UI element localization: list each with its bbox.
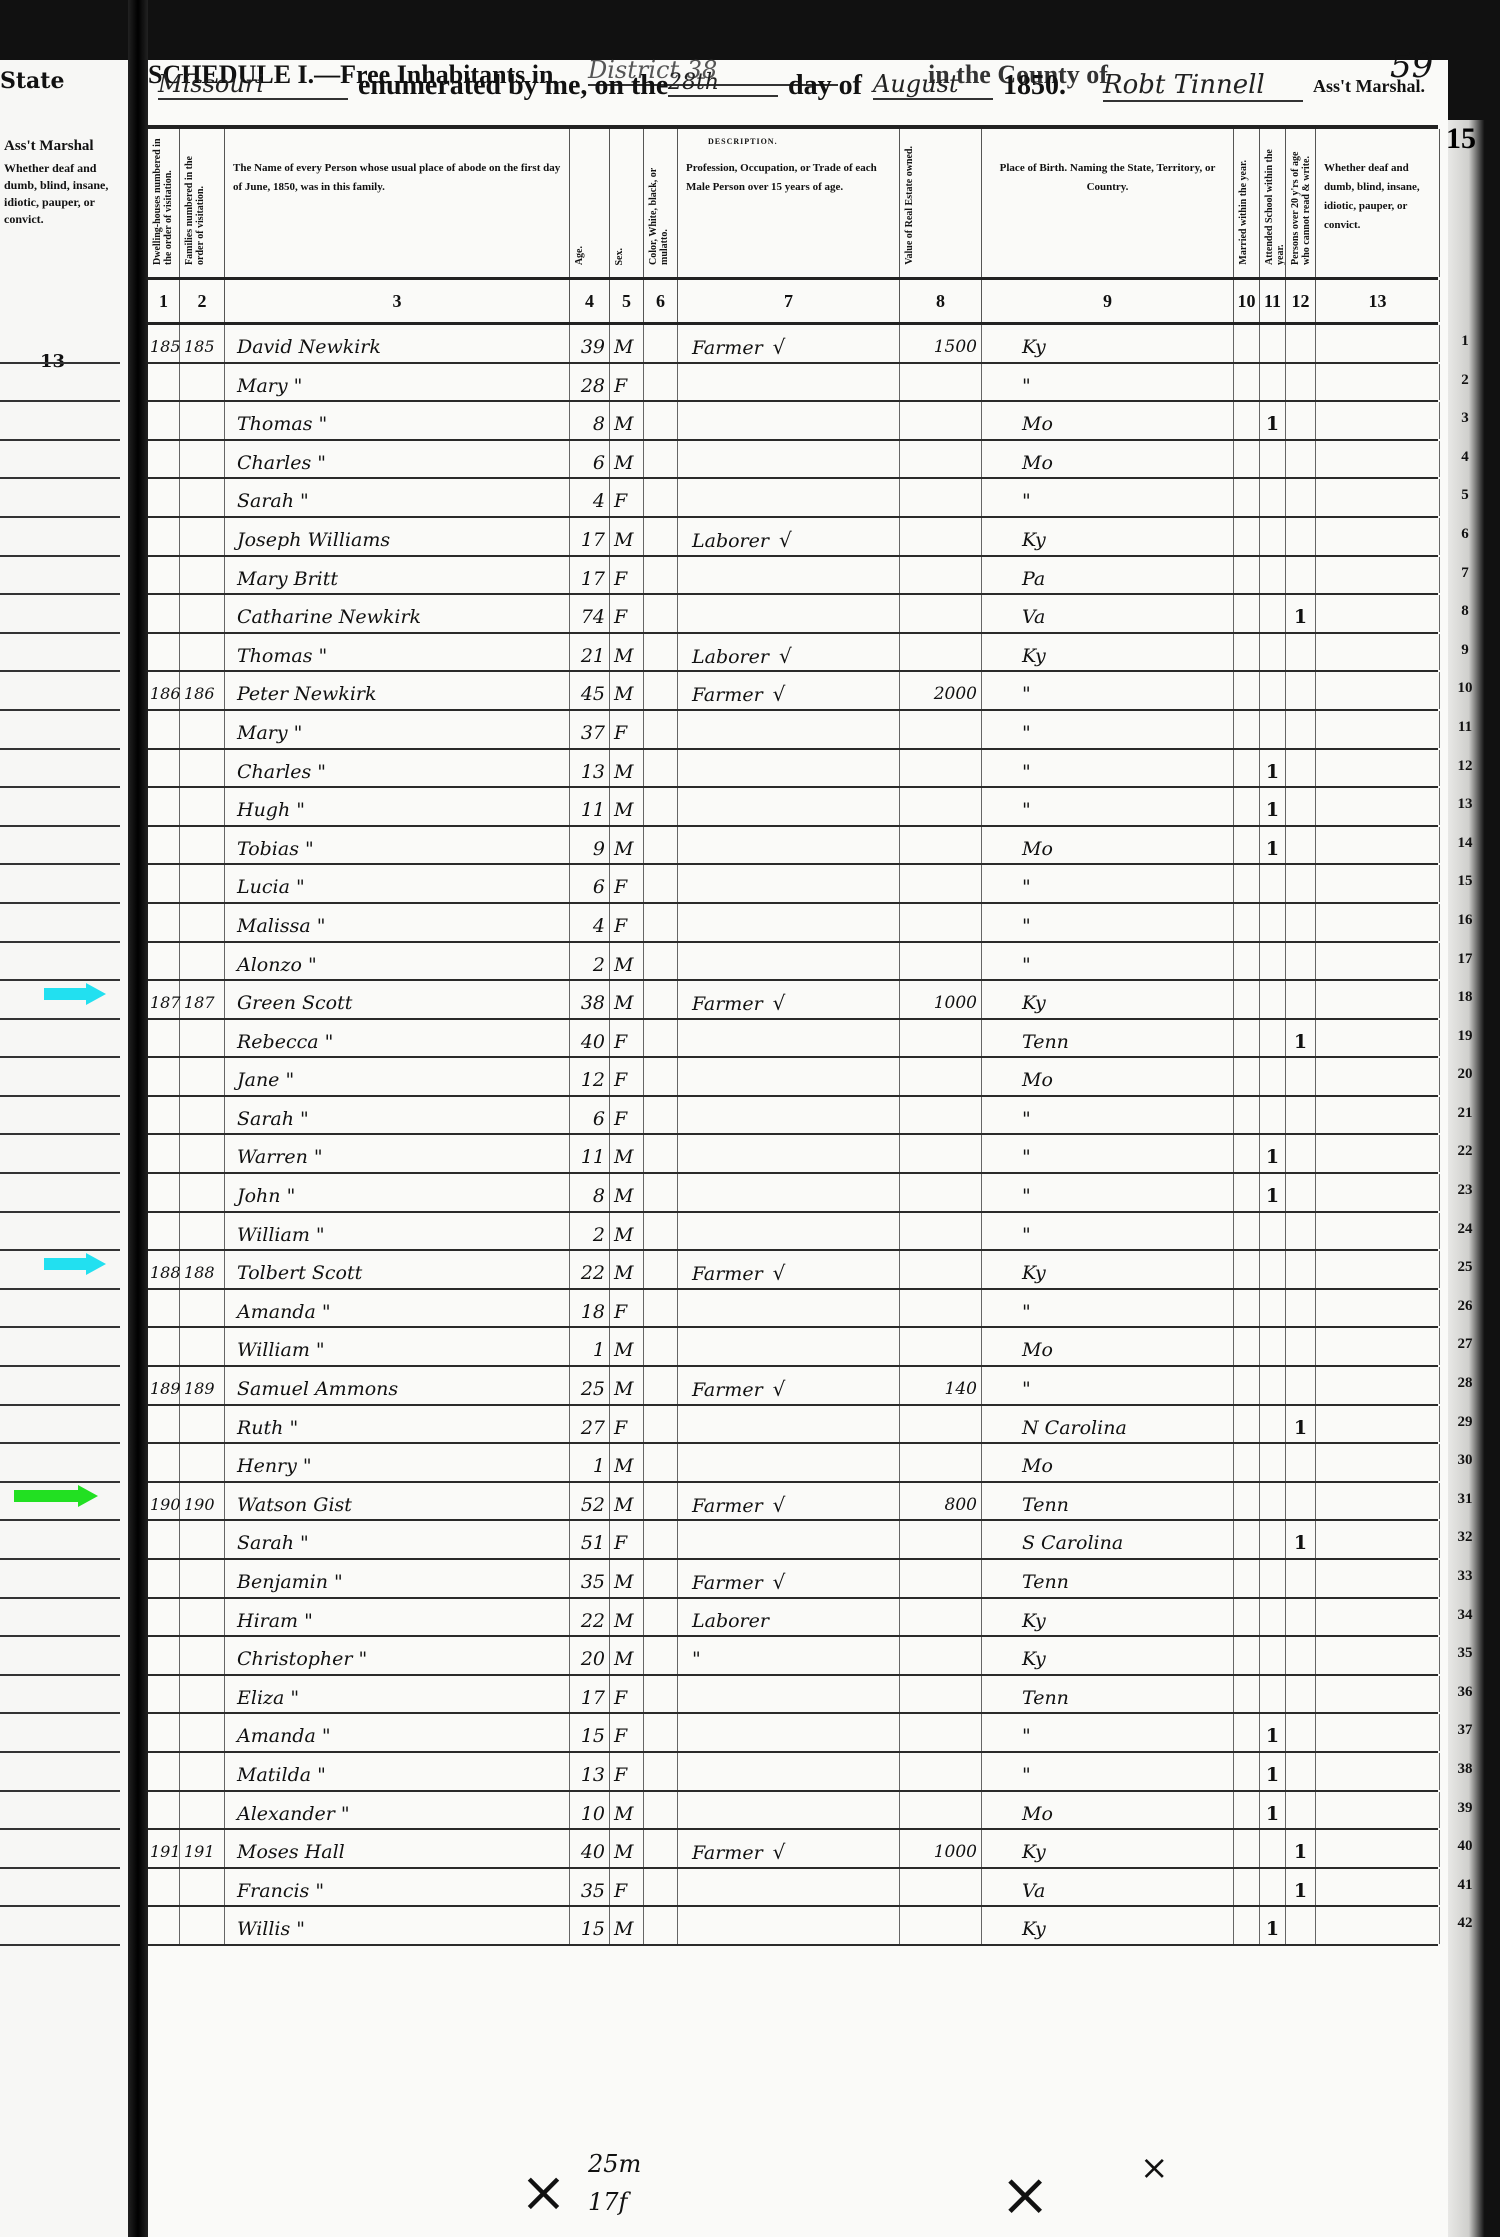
cell-dwelling (148, 1676, 180, 1713)
left-page-ruled-line (0, 1753, 120, 1792)
cell-col (644, 479, 678, 516)
cell-birthplace: " (982, 479, 1234, 516)
cell-cannot_read (1286, 1328, 1316, 1365)
column-header-12: Persons over 20 y'rs of age who cannot r… (1286, 129, 1316, 277)
cell-married (1234, 1135, 1260, 1172)
cell-value (900, 1058, 982, 1095)
table-row: 191191Moses Hall40MFarmer√1000Ky140 (148, 1830, 1438, 1869)
cell-value: 800 (900, 1483, 982, 1520)
table-row: Hiram "22MLaborerKy34 (148, 1599, 1438, 1638)
cell-school: 1 (1260, 402, 1286, 439)
cell-family: 191 (180, 1830, 225, 1867)
left-page-ruled-line (0, 1367, 120, 1406)
cell-name: Jane " (225, 1058, 570, 1095)
cell-occupation: Farmer√ (678, 1560, 900, 1597)
cell-family (180, 788, 225, 825)
cell-col (644, 1444, 678, 1481)
cell-value (900, 557, 982, 594)
left-page-ruled-line (0, 1869, 120, 1908)
cell-c13 (1316, 1058, 1440, 1095)
cell-family (180, 479, 225, 516)
cell-birthplace: N Carolina (982, 1406, 1234, 1443)
cell-name: Charles " (225, 441, 570, 478)
cell-col (644, 1290, 678, 1327)
cell-c13 (1316, 634, 1440, 671)
checkmark-icon: √ (773, 1570, 786, 1594)
cell-school (1260, 1020, 1286, 1057)
left-page-ruled-line (0, 1328, 120, 1367)
cell-birthplace: " (982, 672, 1234, 709)
cell-family (180, 1406, 225, 1443)
left-page-ruled-line (0, 1637, 120, 1676)
cell-dwelling (148, 1560, 180, 1597)
line-number: 21 (1448, 1105, 1482, 1122)
line-number: 38 (1448, 1761, 1482, 1778)
cell-school (1260, 634, 1286, 671)
arrow-head-icon (78, 1485, 98, 1507)
cell-name: Hugh " (225, 788, 570, 825)
cell-cannot_read (1286, 1097, 1316, 1134)
cell-col (644, 1135, 678, 1172)
cell-married (1234, 904, 1260, 941)
table-row: John "8M"123 (148, 1174, 1438, 1213)
cell-birthplace: " (982, 788, 1234, 825)
cell-cannot_read (1286, 1135, 1316, 1172)
table-row: Charles "13M"112 (148, 750, 1438, 789)
cell-c13 (1316, 1714, 1440, 1751)
cell-school: 1 (1260, 1792, 1286, 1829)
cell-value (900, 788, 982, 825)
cell-school (1260, 865, 1286, 902)
month-handwritten: August (873, 70, 993, 100)
cell-age: 18 (570, 1290, 610, 1327)
cell-birthplace: Ky (982, 518, 1234, 555)
cell-married (1234, 325, 1260, 362)
left-page-ruled-line (0, 1830, 120, 1869)
cell-dwelling (148, 1521, 180, 1558)
cell-school (1260, 1676, 1286, 1713)
cell-value (900, 1714, 982, 1751)
cell-married (1234, 1020, 1260, 1057)
cell-sex: M (610, 1483, 644, 1520)
cell-school (1260, 441, 1286, 478)
cell-col (644, 441, 678, 478)
cell-value (900, 865, 982, 902)
cell-school (1260, 595, 1286, 632)
cell-name: Peter Newkirk (225, 672, 570, 709)
line-number: 5 (1448, 487, 1482, 504)
cell-cannot_read (1286, 1174, 1316, 1211)
table-row: 190190Watson Gist52MFarmer√800Tenn31 (148, 1483, 1438, 1522)
line-number: 32 (1448, 1529, 1482, 1546)
cell-married (1234, 1328, 1260, 1365)
column-header-7: Profession, Occupation, or Trade of each… (678, 129, 900, 277)
cell-age: 40 (570, 1830, 610, 1867)
cell-dwelling (148, 634, 180, 671)
cell-occupation (678, 1406, 900, 1443)
cell-age: 6 (570, 441, 610, 478)
cell-married (1234, 672, 1260, 709)
left-page-ruled-line (0, 1020, 120, 1059)
cell-name: Eliza " (225, 1676, 570, 1713)
cell-married (1234, 1560, 1260, 1597)
cell-family (180, 1097, 225, 1134)
column-number-2: 2 (180, 280, 225, 322)
cell-family: 188 (180, 1251, 225, 1288)
cell-c13 (1316, 1251, 1440, 1288)
cell-name: Thomas " (225, 402, 570, 439)
day-of-label: day of (788, 70, 862, 102)
cell-c13 (1316, 518, 1440, 555)
cell-occupation: Farmer√ (678, 325, 900, 362)
column-header-text: Dwelling-houses numbered in the order of… (148, 129, 178, 271)
cell-age: 8 (570, 402, 610, 439)
left-page-ruled-line (0, 943, 120, 982)
cell-sex: M (610, 750, 644, 787)
column-number-4: 4 (570, 280, 610, 322)
column-header-9: Place of Birth. Naming the State, Territ… (982, 129, 1234, 277)
cell-value (900, 518, 982, 555)
cell-cannot_read (1286, 518, 1316, 555)
cell-name: William " (225, 1328, 570, 1365)
cell-col (644, 1869, 678, 1906)
table-row: Sarah "4F"5 (148, 479, 1438, 518)
cell-age: 6 (570, 1097, 610, 1134)
cell-cannot_read: 1 (1286, 1406, 1316, 1443)
cell-sex: F (610, 865, 644, 902)
cell-age: 2 (570, 1213, 610, 1250)
column-number-3: 3 (225, 280, 570, 322)
marshal-signature: Robt Tinnell (1103, 70, 1303, 102)
table-row: Henry "1MMo30 (148, 1444, 1438, 1483)
cell-age: 6 (570, 865, 610, 902)
cell-name: Charles " (225, 750, 570, 787)
cell-married (1234, 402, 1260, 439)
cell-cannot_read (1286, 981, 1316, 1018)
column-header-text: Attended School within the year. (1260, 129, 1286, 271)
cell-married (1234, 634, 1260, 671)
cell-c13 (1316, 1792, 1440, 1829)
table-row: Ruth "27FN Carolina129 (148, 1406, 1438, 1445)
tally-cross-mark-3: × (1140, 2148, 1169, 2188)
cell-occupation (678, 1328, 900, 1365)
cell-birthplace: Ky (982, 325, 1234, 362)
cell-cannot_read (1286, 750, 1316, 787)
cell-sex: M (610, 518, 644, 555)
cell-dwelling (148, 1135, 180, 1172)
column-header-4: Age. (570, 129, 610, 277)
line-number: 22 (1448, 1143, 1482, 1160)
cell-col (644, 1560, 678, 1597)
column-header-text: The Name of every Person whose usual pla… (225, 129, 569, 197)
column-number-9: 9 (982, 280, 1234, 322)
cell-sex: M (610, 827, 644, 864)
enumeration-line: Missouri enumerated by me, on the 28th d… (148, 70, 1448, 130)
table-row: Sarah "51FS Carolina132 (148, 1521, 1438, 1560)
page-number-stamped: 15 (1446, 122, 1476, 156)
cell-occupation (678, 402, 900, 439)
cell-birthplace: Va (982, 595, 1234, 632)
cell-dwelling (148, 402, 180, 439)
table-row: Alexander "10MMo139 (148, 1792, 1438, 1831)
cell-name: Green Scott (225, 981, 570, 1018)
table-row: Eliza "17FTenn36 (148, 1676, 1438, 1715)
cell-value (900, 595, 982, 632)
cell-cannot_read (1286, 479, 1316, 516)
table-row: Amanda "18F"26 (148, 1290, 1438, 1329)
cell-occupation (678, 441, 900, 478)
cell-value (900, 1753, 982, 1790)
cell-family (180, 750, 225, 787)
cell-value (900, 711, 982, 748)
cell-name: Ruth " (225, 1406, 570, 1443)
cell-dwelling (148, 479, 180, 516)
checkmark-icon: √ (773, 682, 786, 706)
cell-name: Francis " (225, 1869, 570, 1906)
cell-value: 140 (900, 1367, 982, 1404)
cell-sex: F (610, 1097, 644, 1134)
cell-birthplace: " (982, 1213, 1234, 1250)
checkmark-icon: √ (773, 991, 786, 1015)
cell-value (900, 441, 982, 478)
left-page-ruled-line (0, 1444, 120, 1483)
cell-family (180, 1521, 225, 1558)
cell-age: 15 (570, 1714, 610, 1751)
cell-col (644, 750, 678, 787)
cell-age: 38 (570, 981, 610, 1018)
cell-dwelling (148, 1406, 180, 1443)
line-number: 20 (1448, 1066, 1482, 1083)
cell-name: Joseph Williams (225, 518, 570, 555)
checkmark-icon: √ (779, 528, 792, 552)
cell-family (180, 518, 225, 555)
cell-family (180, 634, 225, 671)
cell-school (1260, 1406, 1286, 1443)
table-row: Lucia "6F"15 (148, 865, 1438, 904)
cell-sex: M (610, 1637, 644, 1674)
line-number: 41 (1448, 1877, 1482, 1894)
cell-sex: M (610, 1328, 644, 1365)
table-row: Matilda "13F"138 (148, 1753, 1438, 1792)
cell-cannot_read (1286, 827, 1316, 864)
cell-age: 10 (570, 1792, 610, 1829)
cell-c13 (1316, 1830, 1440, 1867)
cell-col (644, 672, 678, 709)
cell-name: Willis " (225, 1907, 570, 1944)
cell-col (644, 1367, 678, 1404)
cell-value (900, 1174, 982, 1211)
column-header-10: Married within the year. (1234, 129, 1260, 277)
left-page-ruled-line (0, 1406, 120, 1445)
cell-school (1260, 1483, 1286, 1520)
cell-family (180, 1637, 225, 1674)
table-row: Charles "6MMo4 (148, 441, 1438, 480)
cell-c13 (1316, 1406, 1440, 1443)
cell-sex: M (610, 1251, 644, 1288)
cell-family (180, 1328, 225, 1365)
table-row: 186186Peter Newkirk45MFarmer√2000"10 (148, 672, 1438, 711)
cell-age: 8 (570, 1174, 610, 1211)
cell-married (1234, 1521, 1260, 1558)
cell-sex: M (610, 402, 644, 439)
table-row: Tobias "9MMo114 (148, 827, 1438, 866)
cell-birthplace: S Carolina (982, 1521, 1234, 1558)
cell-family (180, 1753, 225, 1790)
cell-married (1234, 750, 1260, 787)
cell-school (1260, 1444, 1286, 1481)
cell-col (644, 1907, 678, 1944)
cell-sex: M (610, 1792, 644, 1829)
cell-c13 (1316, 1521, 1440, 1558)
day-handwritten: 28th (668, 70, 778, 97)
cell-occupation (678, 1135, 900, 1172)
left-page-ruled-line (0, 904, 120, 943)
line-number: 31 (1448, 1491, 1482, 1508)
cell-cannot_read (1286, 1367, 1316, 1404)
cell-occupation (678, 711, 900, 748)
cell-school: 1 (1260, 1714, 1286, 1751)
cell-age: 35 (570, 1869, 610, 1906)
line-number: 24 (1448, 1221, 1482, 1238)
cell-col (644, 1020, 678, 1057)
cell-married (1234, 865, 1260, 902)
line-number: 2 (1448, 372, 1482, 389)
line-number: 23 (1448, 1182, 1482, 1199)
tally-cross-mark: × (520, 2160, 567, 2225)
cell-family (180, 1560, 225, 1597)
cell-birthplace: " (982, 865, 1234, 902)
cell-occupation (678, 788, 900, 825)
cell-occupation: Farmer√ (678, 672, 900, 709)
cell-sex: F (610, 479, 644, 516)
cell-value (900, 1676, 982, 1713)
cell-age: 11 (570, 788, 610, 825)
cell-family (180, 1676, 225, 1713)
cell-value (900, 1637, 982, 1674)
cell-value (900, 634, 982, 671)
cell-sex: M (610, 1907, 644, 1944)
book-spine (128, 0, 148, 2237)
cell-cannot_read (1286, 1483, 1316, 1520)
cell-sex: F (610, 1676, 644, 1713)
left-page-ruled-line (0, 750, 120, 789)
table-row: Alonzo "2M"17 (148, 943, 1438, 982)
tally-female-count: 17f (588, 2188, 627, 2216)
cell-age: 17 (570, 1676, 610, 1713)
cell-family (180, 827, 225, 864)
cell-school (1260, 1290, 1286, 1327)
cell-age: 52 (570, 1483, 610, 1520)
cell-c13 (1316, 788, 1440, 825)
line-number: 27 (1448, 1336, 1482, 1353)
cell-occupation (678, 904, 900, 941)
cell-school (1260, 711, 1286, 748)
cell-cannot_read (1286, 557, 1316, 594)
cell-birthplace: Mo (982, 1328, 1234, 1365)
cell-name: Sarah " (225, 1521, 570, 1558)
arrow-shaft (44, 988, 88, 1000)
cell-married (1234, 595, 1260, 632)
line-number: 42 (1448, 1915, 1482, 1932)
year-label: 1850. (1003, 70, 1066, 102)
cell-col (644, 518, 678, 555)
cell-sex: F (610, 1753, 644, 1790)
cell-married (1234, 1367, 1260, 1404)
column-numbers: 12345678910111213 (148, 280, 1438, 325)
line-number: 9 (1448, 642, 1482, 659)
cell-cannot_read (1286, 788, 1316, 825)
cell-family (180, 1792, 225, 1829)
cell-family: 190 (180, 1483, 225, 1520)
cell-birthplace: " (982, 1174, 1234, 1211)
cell-family (180, 1714, 225, 1751)
cell-dwelling: 186 (148, 672, 180, 709)
cell-age: 13 (570, 750, 610, 787)
cell-birthplace: " (982, 904, 1234, 941)
cell-name: Henry " (225, 1444, 570, 1481)
cell-sex: F (610, 1869, 644, 1906)
cell-col (644, 325, 678, 362)
cell-occupation (678, 827, 900, 864)
cell-married (1234, 557, 1260, 594)
cell-cannot_read (1286, 634, 1316, 671)
left-page-ruled-line (0, 364, 120, 403)
table-row: 187187Green Scott38MFarmer√1000Ky18 (148, 981, 1438, 1020)
cell-sex: M (610, 1444, 644, 1481)
cell-occupation (678, 1174, 900, 1211)
cell-married (1234, 981, 1260, 1018)
cell-school (1260, 1367, 1286, 1404)
cell-married (1234, 1406, 1260, 1443)
line-number: 37 (1448, 1722, 1482, 1739)
cell-dwelling (148, 750, 180, 787)
cell-cannot_read (1286, 1676, 1316, 1713)
cell-birthplace: " (982, 1290, 1234, 1327)
cell-col (644, 1483, 678, 1520)
cell-dwelling (148, 711, 180, 748)
table-row: Hugh "11M"113 (148, 788, 1438, 827)
cell-occupation: Laborer√ (678, 634, 900, 671)
cell-age: 1 (570, 1444, 610, 1481)
cell-dwelling (148, 1097, 180, 1134)
cell-name: Moses Hall (225, 1830, 570, 1867)
cell-school (1260, 479, 1286, 516)
cell-col (644, 711, 678, 748)
cell-age: 11 (570, 1135, 610, 1172)
cell-school: 1 (1260, 1753, 1286, 1790)
cell-c13 (1316, 402, 1440, 439)
cell-cannot_read (1286, 1560, 1316, 1597)
cell-occupation (678, 479, 900, 516)
cell-sex: M (610, 981, 644, 1018)
cell-dwelling (148, 1753, 180, 1790)
cell-col (644, 1328, 678, 1365)
cell-sex: M (610, 325, 644, 362)
cell-col (644, 865, 678, 902)
cell-age: 22 (570, 1251, 610, 1288)
left-page-ruled-line (0, 325, 120, 364)
cell-married (1234, 943, 1260, 980)
cell-family (180, 364, 225, 401)
cell-school: 1 (1260, 1135, 1286, 1172)
line-number: 16 (1448, 912, 1482, 929)
column-header-6: Color, White, black, or mulatto. (644, 129, 678, 277)
column-header-text: Profession, Occupation, or Trade of each… (678, 129, 899, 197)
cell-col (644, 827, 678, 864)
cell-school (1260, 364, 1286, 401)
cell-cannot_read (1286, 904, 1316, 941)
cell-school (1260, 518, 1286, 555)
